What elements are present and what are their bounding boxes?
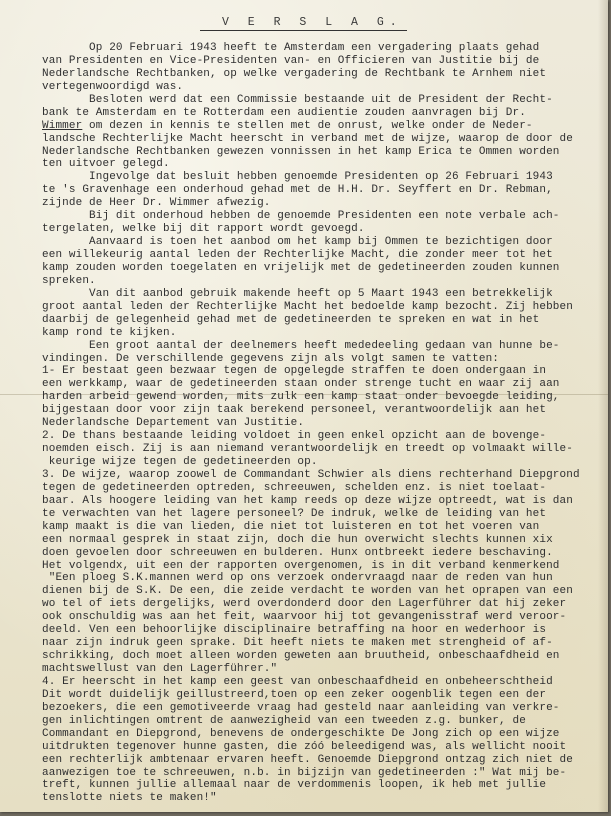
text-line: te 's Gravenhage een onderhoud gehad met… [42,184,611,197]
text-line: deeld. Ven een behoorlijke disciplinaire… [42,624,611,637]
text-line: een rechterlijk ambtenaar ervaren heeft.… [42,754,611,767]
text-line: tenslotte niets te maken!" [42,792,611,805]
text-line: Nederlandsche Rechtbanken gewezen vonnis… [42,146,611,159]
text-line: 3. De wijze, waarop zoowel de Commandant… [42,469,611,482]
text-line: ook onschuldig was aan het feit, waarvoo… [42,611,611,624]
text-line: uitdrukten tegenover hunne gasten, die z… [42,741,611,754]
text-line: landsche Rechterlijke Macht heerscht in … [42,133,611,146]
text-line: kamp zouden worden toegelaten en vrijeli… [42,262,611,275]
text-line: "Een ploeg S.K.mannen werd op ons verzoe… [42,572,611,585]
text-line: Bij dit onderhoud hebben de genoemde Pre… [42,210,611,223]
text-line: vertegenwoordigd was. [42,81,611,94]
text-line: kamp rond te kijken. [42,327,611,340]
text-line: een werkkamp, waar de gedetineerden staa… [42,378,611,391]
document-title: V E R S L A G. [200,16,407,31]
text-line: 4. Er heerscht in het kamp een geest van… [42,676,611,689]
text-line: dienen bij de S.K. De een, die zeide ver… [42,585,611,598]
document-body: Op 20 Februari 1943 heeft te Amsterdam e… [42,42,611,805]
text-line: Een groot aantal der deelnemers heeft me… [42,340,611,353]
text-line: schrikking, doch moet alleen worden gewe… [42,650,611,663]
text-line: 1- Er bestaat geen bezwaar tegen de opge… [42,365,611,378]
text-line: noemden eisch. Zij is aan niemand verant… [42,443,611,456]
text-line: doen gevoelen door schreeuwen en buldere… [42,547,611,560]
text-line: keurige wijze tegen de gedetineerden op. [42,456,611,469]
text-line: Dit wordt duidelijk geillustreerd,toen o… [42,689,611,702]
text-line: bezoekers, die een gemotiveerde vraag ha… [42,702,611,715]
text-line: vindingen. De verschillende gegevens zij… [42,353,611,366]
text-line: te verwachten van het lagere personeel? … [42,508,611,521]
text-line: Commandant en Diepgrond, benevens de ond… [42,728,611,741]
text-line: 2. De thans bestaande leiding voldoet in… [42,430,611,443]
text-line: Wimmer om dezen in kennis te stellen met… [42,120,611,133]
text-line: Op 20 Februari 1943 heeft te Amsterdam e… [42,42,611,55]
text-line: bank te Amsterdam en te Rotterdam een au… [42,107,611,120]
text-line: een willekeurig aantal leden der Rechter… [42,249,611,262]
document-page: V E R S L A G. Op 20 Februari 1943 heeft… [0,0,608,812]
text-line: Het volgendx, uit een der rapporten over… [42,560,611,573]
text-line: Besloten werd dat een Commissie bestaand… [42,94,611,107]
text-line: Aanvaard is toen het aanbod om het kamp … [42,236,611,249]
text-line: Ingevolge dat besluit hebben genoemde Pr… [42,171,611,184]
text-line: Van dit aanbod gebruik makende heeft op … [42,288,611,301]
text-line: treft, kunnen jullie allemaal naar de ve… [42,779,611,792]
text-line: harden arbeid gewend worden, mits zulk e… [42,391,611,404]
text-line: gen inlichtingen omtrent de aanwezigheid… [42,715,611,728]
text-line: spreken. [42,275,611,288]
text-line: groot aantal leden der Rechterlijke Mach… [42,301,611,314]
text-line: Nederlandsche Departement van Justitie. [42,417,611,430]
text-line: zijnde de Heer Dr. Wimmer afwezig. [42,197,611,210]
text-line: kamp maakt is die van lieden, die niet t… [42,521,611,534]
underlined-name: Wimmer [42,120,82,132]
text-line: ten uitvoer gelegd. [42,158,611,171]
text-line: tergelaten, welke bij dit rapport wordt … [42,223,611,236]
text-line: naar zijn indruk geen sprake. Dit heeft … [42,637,611,650]
text-line: aanwezigen toe te schreeuwen, n.b. in bi… [42,767,611,780]
text-line: baar. Als hoogere leiding van het kamp r… [42,495,611,508]
text-line: daarbij de gelegenheid gehad met de gede… [42,314,611,327]
text-line: een normaal gesprek in staat zijn, doch … [42,534,611,547]
text-line: van Presidenten en Vice-Presidenten van-… [42,55,611,68]
text-line: machtswellust van den Lagerführer." [42,663,611,676]
text-line: tegen de gedetineerden optreden, schreeu… [42,482,611,495]
text-line: bijgestaan door voor zijn taak berekend … [42,404,611,417]
text-line: Nederlandsche Rechtbanken, op welke verg… [42,68,611,81]
text-line: wo tel of iets dergelijks, werd overdond… [42,598,611,611]
